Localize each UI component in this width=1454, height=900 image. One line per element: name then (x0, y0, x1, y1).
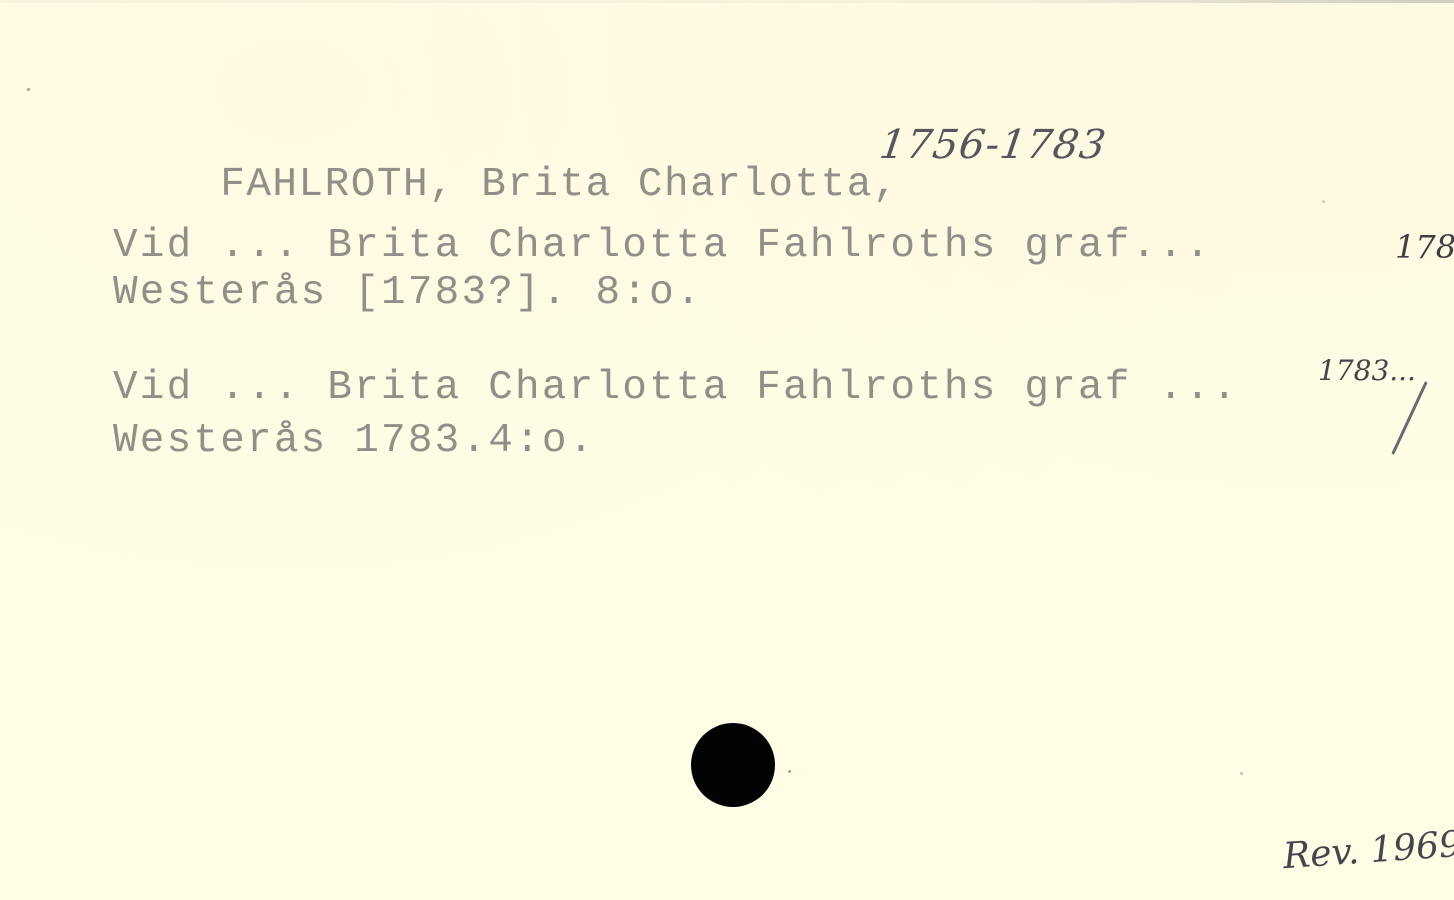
entry-2-handwritten-slash-mark (1391, 381, 1428, 455)
heading-name: FAHLROTH, Brita Charlotta (220, 162, 873, 208)
catalog-card: FAHLROTH, Brita Charlotta, 1756-1783 Vid… (0, 0, 1454, 900)
entry-1-title-line: Vid ... Brita Charlotta Fahlroths graf..… (113, 226, 1212, 267)
paper-speck (1322, 200, 1325, 203)
heading-separator: , (873, 162, 900, 208)
entry-2-imprint-line: Westerås 1783.4:o. (113, 421, 595, 462)
entry-2-handwritten-year: 1783... (1318, 354, 1416, 387)
heading-dates-handwritten: 1756-1783 (877, 122, 1110, 168)
entry-1-imprint-line: Westerås [1783?]. 8:o. (113, 273, 703, 314)
revision-note-handwritten: Rev. 1969 (1282, 824, 1454, 877)
card-top-edge (0, 0, 1454, 3)
entry-2-title-line: Vid ... Brita Charlotta Fahlroths graf .… (113, 368, 1239, 409)
entry-1-handwritten-year: 1783. (1395, 228, 1454, 266)
paper-speck (788, 770, 791, 773)
paper-speck (1240, 772, 1243, 775)
card-punch-hole (691, 723, 775, 807)
paper-speck (27, 88, 30, 91)
